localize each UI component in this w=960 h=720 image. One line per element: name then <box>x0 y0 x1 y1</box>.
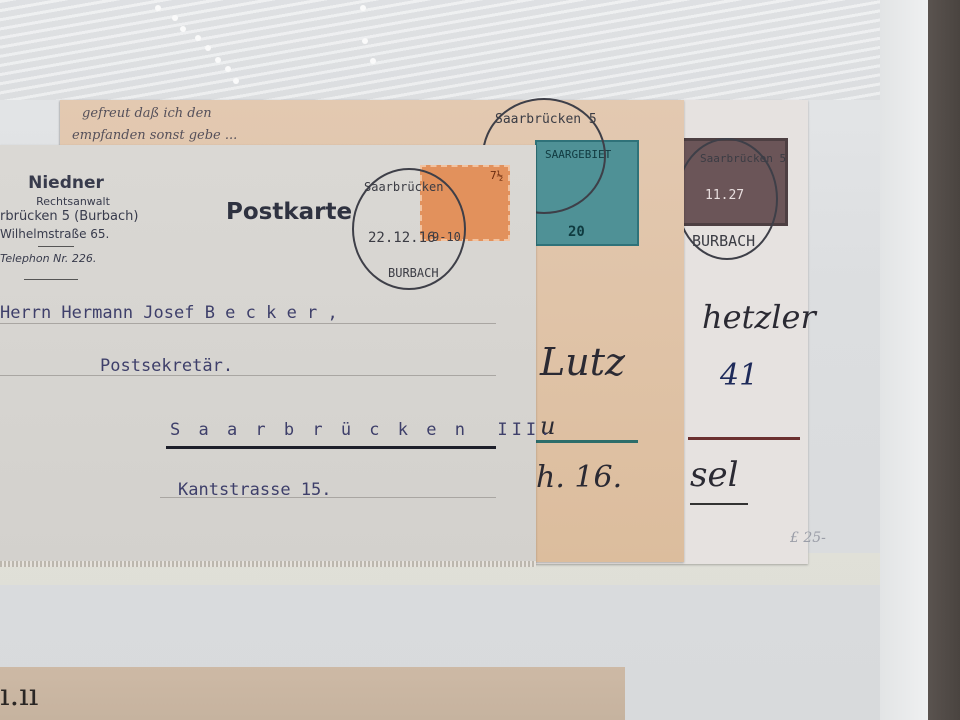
plastic-sleeve-reflection <box>0 0 880 100</box>
album-page-edge <box>880 0 928 720</box>
front-postmark-time: 9-10 <box>432 230 461 244</box>
front-postmark-date: 22.12.16 <box>368 230 435 246</box>
middle-handwriting-3: h. 16. <box>536 460 622 495</box>
pencil-price: £ 25- <box>790 530 826 546</box>
back-underline-2 <box>690 503 748 505</box>
background-wall <box>928 0 960 720</box>
front-postmark-district: BURBACH <box>388 266 439 280</box>
sender-street: Wilhelmstraße 65. <box>0 227 109 241</box>
sender-title: Rechtsanwalt <box>18 195 128 208</box>
middle-underline <box>536 440 638 443</box>
back-handwriting-1: hetzler <box>702 298 816 336</box>
sender-phone: Telephon Nr. 226. <box>0 252 96 265</box>
back-handwriting-3: sel <box>690 455 738 495</box>
middle-handwriting-1: Lutz <box>540 340 625 384</box>
address-rule-2 <box>0 375 496 376</box>
sender-divider <box>38 246 74 247</box>
sender-name: Niedner <box>26 173 106 193</box>
reflection-dot <box>172 15 178 21</box>
bottom-document <box>0 667 625 720</box>
reflection-dot <box>205 45 211 51</box>
reflection-dot <box>360 5 366 11</box>
address-underline <box>166 446 496 449</box>
reflection-dot <box>155 5 161 11</box>
front-postmark-city: Saarbrücken <box>364 180 443 194</box>
address-rule-4 <box>160 497 496 498</box>
address-line-2: Postsekretär. <box>100 356 233 376</box>
reflection-dot <box>370 58 376 64</box>
back-handwriting-2: 41 <box>720 358 758 393</box>
reflection-dot <box>180 26 186 32</box>
reflection-dot <box>195 35 201 41</box>
orange-stamp-value: 7½ <box>490 169 503 182</box>
reflection-dot <box>215 57 221 63</box>
back-postmark-city: Saarbrücken 5 <box>700 152 786 165</box>
postkarte-heading: Postkarte <box>226 199 352 225</box>
reflection-dot <box>225 66 231 72</box>
reflection-dot <box>233 78 239 84</box>
middle-handwriting-top-1: gefreut daß ich den <box>82 106 212 121</box>
address-rule-1 <box>0 323 496 324</box>
sender-city: rbrücken 5 (Burbach) <box>0 209 138 224</box>
back-postmark-district: BURBACH <box>692 232 755 250</box>
middle-postmark-city: Saarbrücken 5 <box>495 112 597 127</box>
middle-handwriting-top-2: empfanden sonst gebe ... <box>72 128 237 143</box>
green-stamp-value: 20 <box>568 224 585 240</box>
reflection-dot <box>362 38 368 44</box>
ornament-divider <box>24 279 78 280</box>
bottom-document-text: ı.ıı <box>0 678 38 713</box>
back-postmark-date: 11.27 <box>705 188 744 203</box>
perforated-edge <box>0 561 536 567</box>
address-line-3: S a a r b r ü c k e n III. <box>170 420 554 440</box>
back-underline <box>688 437 800 440</box>
address-line-1: Herrn Hermann Josef B e c k e r , <box>0 303 338 323</box>
